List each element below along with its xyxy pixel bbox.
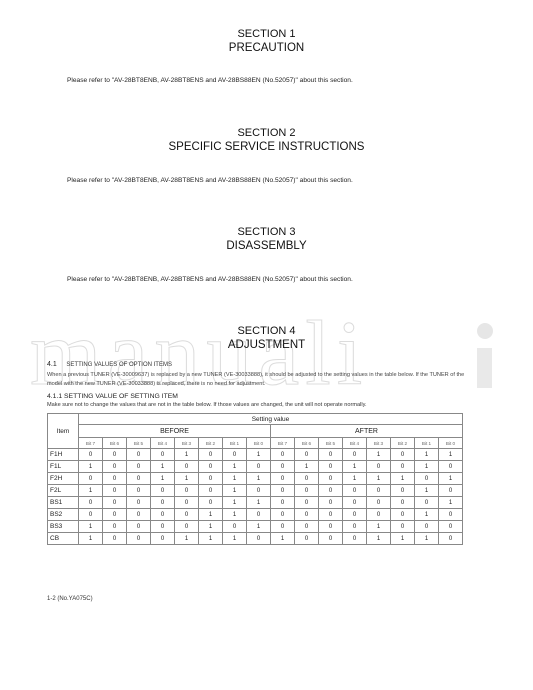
before-bit-header: Bit 6 [103,438,127,449]
before-bit-value: 1 [175,449,199,461]
after-bit-value: 0 [415,497,439,509]
before-bit-value: 0 [247,485,271,497]
before-bit-value: 0 [247,509,271,521]
before-bit-value: 1 [151,473,175,485]
after-bit-header: Bit 3 [367,438,391,449]
before-bit-value: 0 [103,497,127,509]
before-bit-value: 0 [151,509,175,521]
after-bit-value: 0 [391,461,415,473]
before-bit-value: 0 [127,497,151,509]
after-bit-value: 0 [391,521,415,533]
after-bit-value: 0 [391,485,415,497]
before-bit-value: 1 [247,449,271,461]
before-bit-value: 1 [199,521,223,533]
after-bit-value: 0 [295,509,319,521]
before-bit-value: 0 [103,473,127,485]
section-2-refer-text: Please refer to "AV-28BT8ENB, AV-28BT8EN… [67,177,353,184]
after-bit-value: 0 [439,521,463,533]
section-2-header: SECTION 2 SPECIFIC SERVICE INSTRUCTIONS [0,126,533,154]
after-bit-value: 0 [295,449,319,461]
before-bit-value: 0 [79,473,103,485]
after-bit-value: 0 [367,497,391,509]
before-bit-value: 1 [223,533,247,545]
after-bit-header: Bit 0 [439,438,463,449]
before-bit-header: Bit 2 [199,438,223,449]
after-bit-value: 0 [391,449,415,461]
before-bit-header: Bit 3 [175,438,199,449]
item-name: BS3 [48,521,79,533]
before-bit-value: 0 [175,485,199,497]
before-bit-value: 0 [103,533,127,545]
after-bit-value: 0 [343,521,367,533]
after-bit-value: 0 [271,485,295,497]
after-bit-value: 0 [319,485,343,497]
item-name: CB [48,533,79,545]
after-bit-value: 0 [343,485,367,497]
section-4-title: ADJUSTMENT [0,338,533,352]
section-1-refer-text: Please refer to "AV-28BT8ENB, AV-28BT8EN… [67,77,353,84]
after-bit-value: 0 [415,473,439,485]
before-bit-value: 0 [175,497,199,509]
after-bit-value: 1 [415,449,439,461]
before-bit-header: Bit 4 [151,438,175,449]
after-bit-value: 0 [367,461,391,473]
before-bit-value: 0 [223,449,247,461]
after-bit-value: 1 [391,533,415,545]
after-bit-value: 1 [439,497,463,509]
item-name: F1L [48,461,79,473]
table-row: CB1000111010001110 [48,533,463,545]
after-bit-value: 1 [439,473,463,485]
after-bit-value: 1 [343,473,367,485]
section-4-header: SECTION 4 ADJUSTMENT [0,324,533,352]
section-2-number: SECTION 2 [0,126,533,140]
after-bit-value: 0 [271,509,295,521]
before-bit-value: 1 [79,461,103,473]
before-bit-header: Bit 1 [223,438,247,449]
before-bit-value: 0 [103,449,127,461]
before-bit-value: 1 [175,533,199,545]
before-bit-value: 0 [223,521,247,533]
before-bit-value: 0 [151,449,175,461]
after-bit-header: Bit 4 [343,438,367,449]
table-row: BS20000011000000010 [48,509,463,521]
section-3-header: SECTION 3 DISASSEMBLY [0,225,533,253]
after-bit-value: 0 [343,497,367,509]
before-bit-value: 0 [79,509,103,521]
before-bit-value: 0 [151,521,175,533]
before-bit-value: 0 [199,473,223,485]
after-bit-value: 0 [271,461,295,473]
section-3-refer-text: Please refer to "AV-28BT8ENB, AV-28BT8EN… [67,276,353,283]
after-bit-value: 0 [439,533,463,545]
before-bit-value: 0 [127,533,151,545]
item-header: Item [48,414,79,449]
table-row: F1L1001001001010010 [48,461,463,473]
after-bit-value: 0 [295,485,319,497]
section-3-title: DISASSEMBLY [0,239,533,253]
before-bit-value: 1 [223,473,247,485]
before-bit-value: 0 [127,509,151,521]
after-bit-value: 0 [295,521,319,533]
after-header: AFTER [271,425,463,438]
after-bit-value: 1 [367,521,391,533]
after-bit-value: 0 [319,449,343,461]
after-bit-value: 0 [319,473,343,485]
after-bit-value: 1 [415,533,439,545]
section-1-header: SECTION 1 PRECAUTION [0,27,533,55]
setting-value-table: Item Setting value BEFORE AFTER Bit 7Bit… [47,413,463,545]
after-bit-value: 0 [439,461,463,473]
section-3-number: SECTION 3 [0,225,533,239]
before-bit-value: 1 [175,473,199,485]
after-bit-value: 0 [343,449,367,461]
before-bit-header: Bit 5 [127,438,151,449]
before-bit-value: 0 [199,497,223,509]
before-bit-value: 0 [151,485,175,497]
table-row: F1H0000100100001011 [48,449,463,461]
after-bit-value: 1 [367,533,391,545]
subsection-title: SETTING VALUES OF OPTION ITEMS [66,362,172,368]
before-bit-value: 1 [199,509,223,521]
bit-header-row: Bit 7Bit 6Bit 5Bit 4Bit 3Bit 2Bit 1Bit 0… [48,438,463,449]
after-bit-value: 0 [319,461,343,473]
after-bit-value: 1 [367,449,391,461]
setting-value-header: Setting value [79,414,463,425]
before-bit-value: 1 [223,485,247,497]
after-bit-value: 0 [271,449,295,461]
before-bit-value: 0 [103,521,127,533]
before-bit-value: 0 [247,461,271,473]
before-bit-value: 0 [79,449,103,461]
table-row: BS31000010100001000 [48,521,463,533]
before-bit-value: 0 [127,521,151,533]
after-bit-value: 0 [343,533,367,545]
before-bit-value: 1 [247,497,271,509]
before-bit-value: 0 [127,461,151,473]
after-bit-value: 0 [319,509,343,521]
item-name: F1H [48,449,79,461]
subsection-4-1-text: When a previous TUNER (VE-30009637) is r… [47,371,467,388]
subsection-4-1-1-text: Make sure not to change the values that … [47,402,367,408]
before-bit-value: 0 [151,497,175,509]
item-name: BS1 [48,497,79,509]
after-bit-value: 0 [415,521,439,533]
table-row: F2L1000001000000010 [48,485,463,497]
subsection-4-1-heading: 4.1 SETTING VALUES OF OPTION ITEMS [47,361,172,368]
after-bit-value: 1 [415,461,439,473]
after-bit-value: 1 [391,473,415,485]
before-bit-value: 1 [223,509,247,521]
section-1-number: SECTION 1 [0,27,533,41]
item-name: F2L [48,485,79,497]
before-bit-value: 1 [79,521,103,533]
before-bit-value: 0 [127,485,151,497]
before-bit-value: 1 [247,473,271,485]
before-bit-value: 1 [223,461,247,473]
after-bit-header: Bit 1 [415,438,439,449]
before-bit-value: 0 [175,509,199,521]
after-bit-header: Bit 5 [319,438,343,449]
after-bit-value: 0 [319,521,343,533]
before-bit-value: 0 [151,533,175,545]
item-name: BS2 [48,509,79,521]
before-bit-header: Bit 7 [79,438,103,449]
before-bit-value: 0 [175,521,199,533]
after-bit-value: 0 [271,473,295,485]
before-bit-header: Bit 0 [247,438,271,449]
after-bit-value: 0 [343,509,367,521]
section-4-number: SECTION 4 [0,324,533,338]
after-bit-header: Bit 6 [295,438,319,449]
before-bit-value: 1 [79,485,103,497]
after-bit-value: 0 [295,533,319,545]
before-bit-value: 0 [127,473,151,485]
before-header: BEFORE [79,425,271,438]
before-bit-value: 0 [247,533,271,545]
before-bit-value: 1 [79,533,103,545]
before-bit-value: 1 [199,533,223,545]
table-row: F2H0001101100011101 [48,473,463,485]
after-bit-value: 0 [391,509,415,521]
after-bit-value: 0 [295,473,319,485]
table-row: BS10000001100000001 [48,497,463,509]
subsection-number: 4.1 [47,361,57,368]
after-bit-value: 1 [295,461,319,473]
after-bit-value: 0 [319,533,343,545]
after-bit-value: 0 [271,497,295,509]
after-bit-value: 1 [271,533,295,545]
before-bit-value: 0 [199,485,223,497]
after-bit-value: 1 [439,449,463,461]
after-bit-value: 0 [367,485,391,497]
before-bit-value: 1 [247,521,271,533]
section-1-title: PRECAUTION [0,41,533,55]
after-bit-value: 0 [271,521,295,533]
after-bit-value: 0 [439,509,463,521]
section-2-title: SPECIFIC SERVICE INSTRUCTIONS [0,140,533,154]
before-bit-value: 0 [199,461,223,473]
page-footer: 1-2 (No.YA075C) [47,596,93,602]
after-bit-value: 1 [367,473,391,485]
before-bit-value: 0 [127,449,151,461]
before-bit-value: 1 [151,461,175,473]
before-bit-value: 0 [199,449,223,461]
item-name: F2H [48,473,79,485]
subsection-4-1-1-heading: 4.1.1 SETTING VALUE OF SETTING ITEM [47,393,178,400]
before-bit-value: 0 [103,509,127,521]
before-bit-value: 0 [103,461,127,473]
after-bit-header: Bit 7 [271,438,295,449]
table-body: F1H0000100100001011F1L1001001001010010F2… [48,449,463,545]
after-bit-value: 0 [319,497,343,509]
after-bit-value: 0 [295,497,319,509]
before-bit-value: 0 [175,461,199,473]
after-bit-value: 0 [391,497,415,509]
after-bit-value: 1 [343,461,367,473]
before-bit-value: 0 [79,497,103,509]
after-bit-value: 0 [367,509,391,521]
after-bit-value: 1 [415,485,439,497]
after-bit-value: 1 [415,509,439,521]
before-bit-value: 0 [103,485,127,497]
before-bit-value: 1 [223,497,247,509]
after-bit-header: Bit 2 [391,438,415,449]
after-bit-value: 0 [439,485,463,497]
